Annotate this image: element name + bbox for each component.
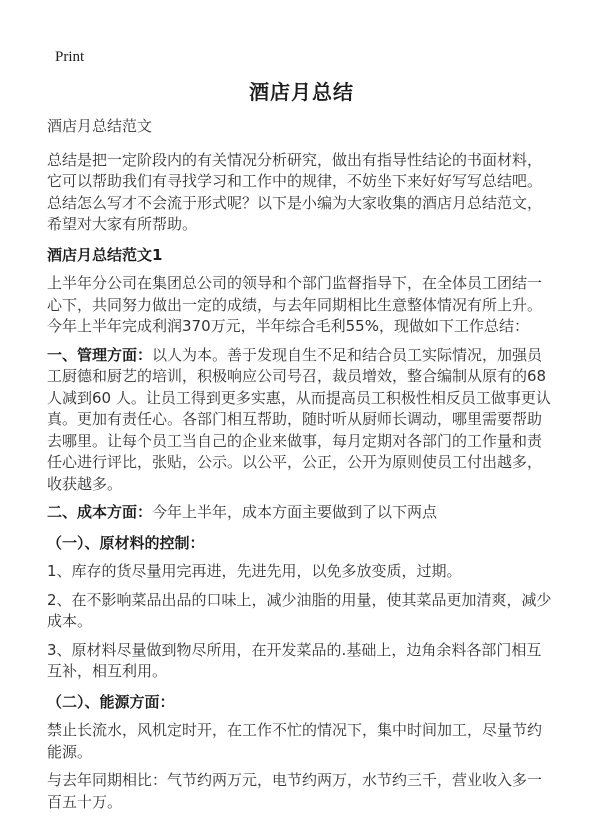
materials-item-1: 1、库存的货尽量用完再进，先进先用，以免多放变质，过期。 [47,561,556,583]
print-button[interactable]: Print [55,48,84,66]
overview-paragraph: 上半年分公司在集团总公司的领导和个部门监督指导下，在全体员工团结一心下，共同努力… [47,273,556,338]
materials-item-3: 3、原材料尽量做到物尽所用，在开发菜品的.基础上，边角余料各部门相互互补，相互利… [47,640,556,683]
cost-lead: 二、成本方面： [47,503,152,521]
cost-text: 今年上半年，成本方面主要做到了以下两点 [152,503,437,521]
intro-paragraph: 总结是把一定阶段内的有关情况分析研究，做出有指导性结论的书面材料，它可以帮助我们… [47,150,556,236]
materials-heading: （一）、原材料的控制： [47,533,556,555]
document-page: Print 酒店月总结 酒店月总结范文 总结是把一定阶段内的有关情况分析研究，做… [0,0,600,828]
materials-item-2: 2、在不影响菜品出品的口味上，减少油脂的用量，使其菜品更加清爽，减少成本。 [47,590,556,633]
energy-paragraph-1: 禁止长流水，风机定时开，在工作不忙的情况下，集中时间加工，尽量节约能源。 [47,720,556,763]
management-paragraph: 一、管理方面：以人为本。善于发现自生不足和结合员工实际情况，加强员工厨德和厨艺的… [47,345,556,496]
doc-subtitle: 酒店月总结范文 [47,116,556,138]
page-title: 酒店月总结 [47,80,556,104]
management-lead: 一、管理方面： [47,346,152,364]
energy-heading: （二）、能源方面： [47,692,556,714]
management-text: 以人为本。善于发现自生不足和结合员工实际情况，加强员工厨德和厨艺的培训，积极响应… [47,346,551,493]
energy-paragraph-2: 与去年同期相比：气节约两万元，电节约两万，水节约三千，营业收入多一百五十万。 [47,770,556,813]
cost-paragraph: 二、成本方面：今年上半年，成本方面主要做到了以下两点 [47,502,556,524]
sample1-heading: 酒店月总结范文1 [47,245,556,267]
